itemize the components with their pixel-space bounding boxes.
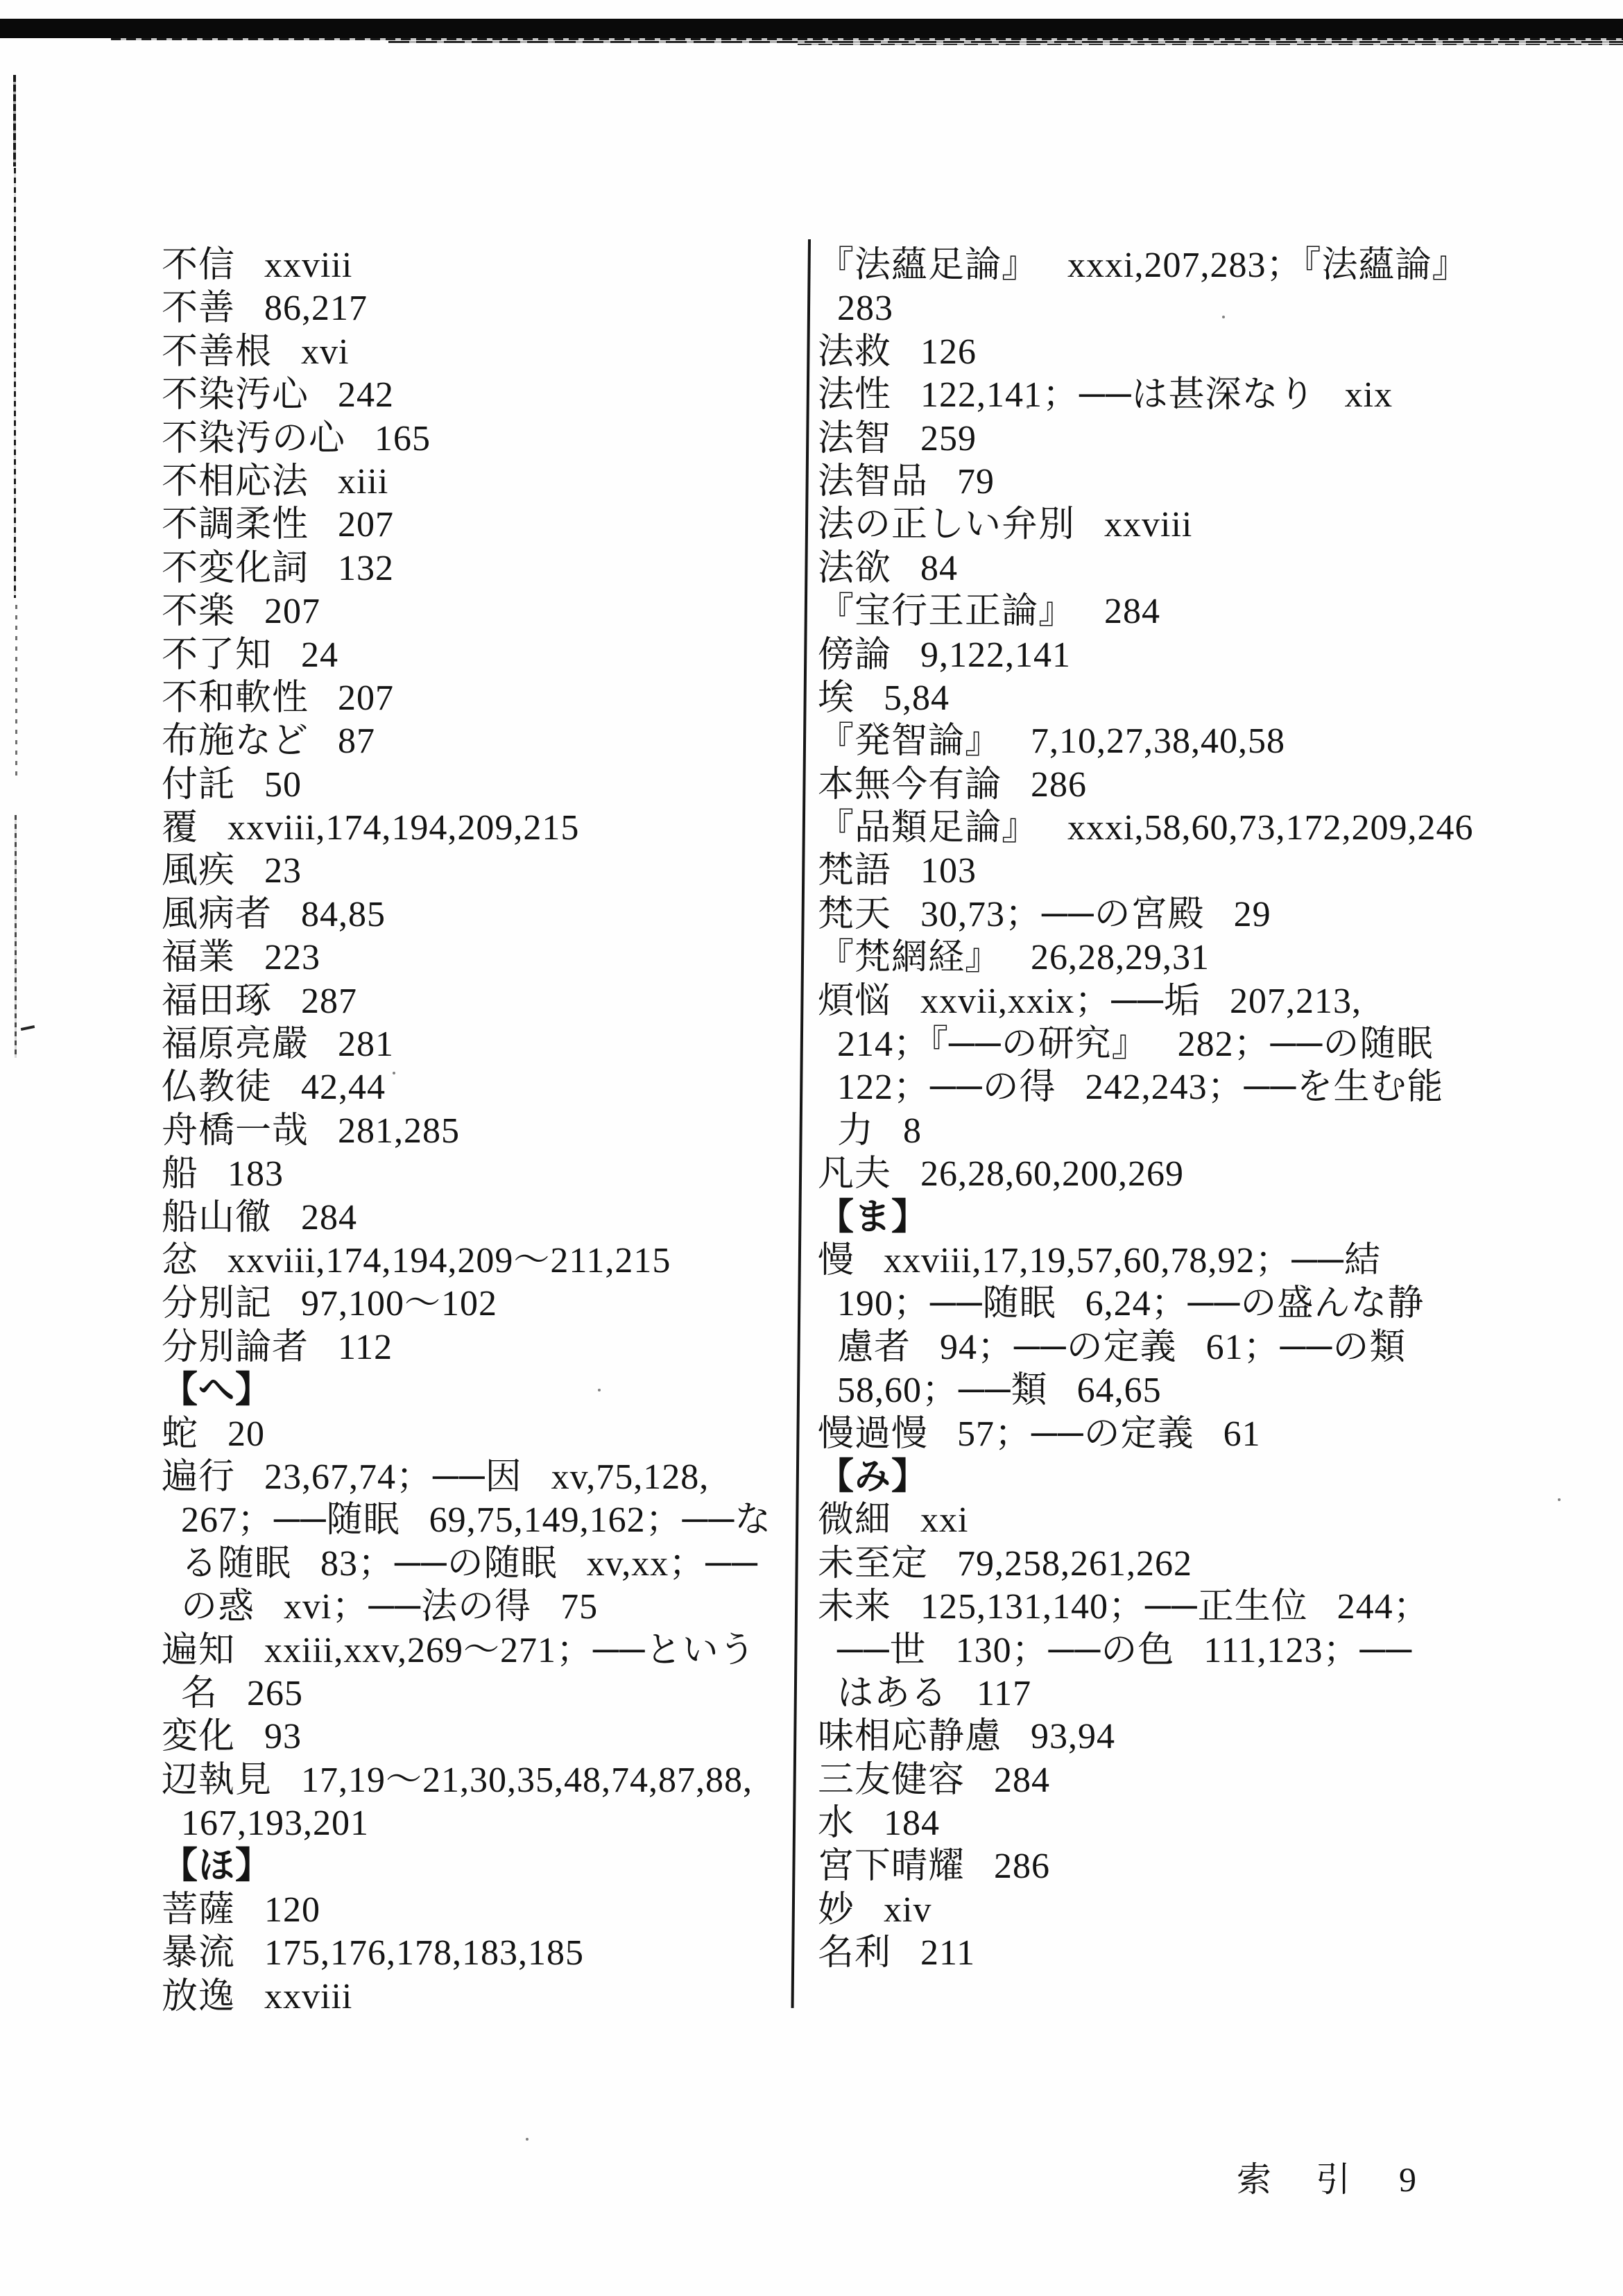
- index-entry-line: 福原亮嚴 281: [162, 1023, 807, 1066]
- index-entry-line: 不了知 24: [162, 634, 807, 677]
- index-entry-line: 『品類足論』 xxxi,58,60,73,172,209,246: [818, 807, 1619, 850]
- index-entry-line: 283: [818, 287, 1619, 330]
- index-entry-line: 慢過慢 57；──の定義 61: [818, 1413, 1619, 1456]
- index-entry-line: 不和軟性 207: [162, 677, 807, 720]
- index-entry-line: 法智品 79: [818, 461, 1619, 504]
- index-entry-line: 船 183: [162, 1153, 807, 1196]
- page-footer: 索引9: [1202, 2111, 1416, 2242]
- index-entry-line: 分別記 97,100～102: [162, 1283, 807, 1326]
- index-entry-line: 不相応法 xiii: [162, 461, 807, 504]
- scan-speck: [526, 2138, 529, 2141]
- index-section-header: 【ほ】: [162, 1845, 807, 1888]
- scan-artifact-top-streak: [111, 38, 1623, 40]
- index-entry-line: 三友健容 284: [818, 1759, 1619, 1802]
- index-entry-line: 122；──の得 242,243；──を生む能: [818, 1066, 1619, 1109]
- index-entry-line: 『法蘊足論』 xxxi,207,283；『法蘊論』: [818, 244, 1619, 287]
- scan-artifact-left-edge: [13, 75, 16, 166]
- index-entry-line: 不調柔性 207: [162, 504, 807, 547]
- index-entry-line: 蛇 20: [162, 1413, 807, 1456]
- index-entry-line: 法欲 84: [818, 547, 1619, 590]
- index-entry-line: 放逸 xxviii: [162, 1976, 807, 2019]
- index-entry-line: 風疾 23: [162, 850, 807, 893]
- index-entry-line: 遍知 xxiii,xxv,269～271；──という: [162, 1629, 807, 1672]
- scan-artifact-left-edge: [14, 168, 16, 598]
- index-entry-line: 『梵網経』 26,28,29,31: [818, 936, 1619, 979]
- index-entry-line: 風病者 84,85: [162, 893, 807, 936]
- index-entry-line: 267；──随眠 69,75,149,162；──な: [162, 1499, 807, 1542]
- index-entry-line: 遍行 23,67,74；──因 xv,75,128,: [162, 1456, 807, 1499]
- index-entry-line: 水 184: [818, 1802, 1619, 1845]
- index-entry-line: 付託 50: [162, 764, 807, 807]
- index-entry-line: 法救 126: [818, 331, 1619, 374]
- index-entry-line: の惑 xvi；──法の得 75: [162, 1586, 807, 1629]
- scanned-index-page: 不信 xxviii不善 86,217不善根 xvi不染汚心 242不染汚の心 1…: [0, 0, 1623, 2296]
- index-entry-line: 不善 86,217: [162, 287, 807, 330]
- index-entry-line: 慮者 94；──の定義 61；──の類: [818, 1326, 1619, 1369]
- scan-artifact-left-edge: [15, 815, 17, 1058]
- index-entry-line: 忿 xxviii,174,194,209～211,215: [162, 1240, 807, 1283]
- scan-artifact-top-streak: [388, 41, 1623, 43]
- index-entry-line: 力 8: [818, 1110, 1619, 1153]
- scan-artifact-left-edge: [15, 605, 17, 778]
- index-entry-line: 船山徹 284: [162, 1197, 807, 1240]
- index-entry-line: 不染汚の心 165: [162, 418, 807, 461]
- index-entry-line: 妙 xiv: [818, 1889, 1619, 1932]
- index-entry-line: 『発智論』 7,10,27,38,40,58: [818, 720, 1619, 763]
- index-entry-line: 不楽 207: [162, 590, 807, 633]
- index-left-column: 不信 xxviii不善 86,217不善根 xvi不染汚心 242不染汚の心 1…: [162, 244, 807, 2019]
- index-entry-line: 慢 xxviii,17,19,57,60,78,92；──結: [818, 1240, 1619, 1283]
- footer-section-title: 索引: [1237, 2160, 1395, 2199]
- index-entry-line: 福田琢 287: [162, 980, 807, 1023]
- index-entry-line: 本無今有論 286: [818, 764, 1619, 807]
- index-entry-line: る随眠 83；──の随眠 xv,xx；──: [162, 1543, 807, 1586]
- index-entry-line: 不変化詞 132: [162, 547, 807, 590]
- index-entry-line: 仏教徒 42,44: [162, 1066, 807, 1109]
- index-section-header: 【み】: [818, 1456, 1619, 1499]
- index-entry-line: 覆 xxviii,174,194,209,215: [162, 807, 807, 850]
- index-entry-line: 未至定 79,258,261,262: [818, 1543, 1619, 1586]
- scan-artifact-top-streak: [798, 44, 1623, 45]
- index-entry-line: 煩悩 xxvii,xxix；──垢 207,213,: [818, 980, 1619, 1023]
- scan-artifact-left-mark: [21, 1025, 35, 1031]
- index-entry-line: 変化 93: [162, 1715, 807, 1758]
- index-entry-line: 凡夫 26,28,60,200,269: [818, 1153, 1619, 1196]
- index-entry-line: 福業 223: [162, 936, 807, 979]
- index-entry-line: 未来 125,131,140；──正生位 244；: [818, 1586, 1619, 1629]
- index-entry-line: 梵天 30,73；──の宮殿 29: [818, 893, 1619, 936]
- index-entry-line: 埃 5,84: [818, 677, 1619, 720]
- index-entry-line: 分別論者 112: [162, 1326, 807, 1369]
- index-entry-line: 宮下晴耀 286: [818, 1845, 1619, 1888]
- page-number: 9: [1399, 2160, 1416, 2199]
- index-entry-line: 190；──随眠 6,24；──の盛んな静: [818, 1283, 1619, 1326]
- index-entry-line: 菩薩 120: [162, 1889, 807, 1932]
- scan-artifact-top-bar: [0, 19, 1623, 38]
- index-entry-line: 傍論 9,122,141: [818, 634, 1619, 677]
- index-entry-line: 167,193,201: [162, 1802, 807, 1845]
- index-entry-line: 不信 xxviii: [162, 244, 807, 287]
- index-entry-line: 不善根 xvi: [162, 331, 807, 374]
- index-entry-line: 布施など 87: [162, 720, 807, 763]
- index-entry-line: はある 117: [818, 1672, 1619, 1715]
- index-entry-line: 味相応静慮 93,94: [818, 1715, 1619, 1758]
- index-entry-line: 辺執見 17,19～21,30,35,48,74,87,88,: [162, 1759, 807, 1802]
- index-entry-line: 不染汚心 242: [162, 374, 807, 417]
- index-entry-line: 法の正しい弁別 xxviii: [818, 504, 1619, 547]
- index-entry-line: 214；『──の研究』 282；──の随眠: [818, 1023, 1619, 1066]
- index-entry-line: 微細 xxi: [818, 1499, 1619, 1542]
- index-entry-line: 暴流 175,176,178,183,185: [162, 1932, 807, 1975]
- index-entry-line: ──世 130；──の色 111,123；──: [818, 1629, 1619, 1672]
- index-entry-line: 名利 211: [818, 1932, 1619, 1975]
- index-right-column: 『法蘊足論』 xxxi,207,283；『法蘊論』283法救 126法性 122…: [818, 244, 1619, 1976]
- index-entry-line: 梵語 103: [818, 850, 1619, 893]
- index-entry-line: 法智 259: [818, 418, 1619, 461]
- index-entry-line: 舟橋一哉 281,285: [162, 1110, 807, 1153]
- index-entry-line: 法性 122,141；──は甚深なり xix: [818, 374, 1619, 417]
- index-section-header: 【ま】: [818, 1197, 1619, 1240]
- index-section-header: 【へ】: [162, 1369, 807, 1412]
- index-entry-line: 名 265: [162, 1672, 807, 1715]
- index-entry-line: 『宝行王正論』 284: [818, 590, 1619, 633]
- index-entry-line: 58,60；──類 64,65: [818, 1369, 1619, 1412]
